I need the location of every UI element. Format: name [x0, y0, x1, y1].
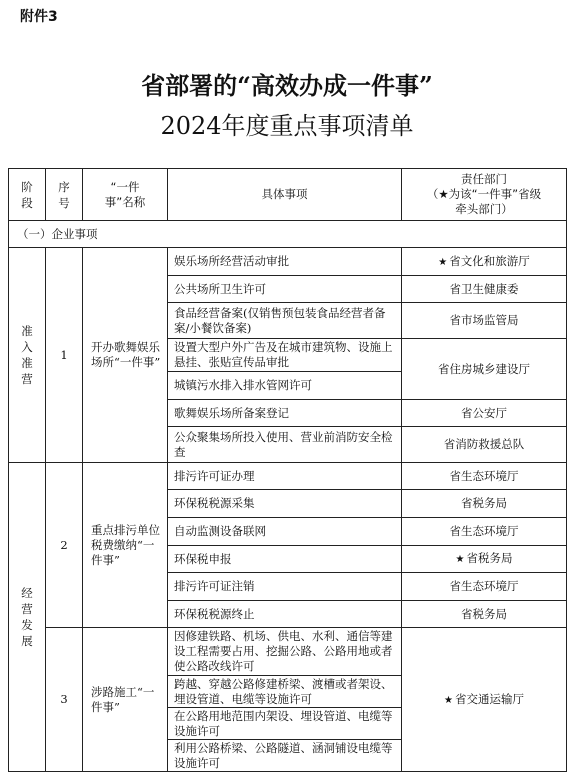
dept-cell: 省卫生健康委: [402, 276, 567, 303]
header-item: 具体事项: [168, 169, 402, 221]
item-cell: 因修建铁路、机场、供电、水利、通信等建设工程需要占用、挖掘公路、公路用地或者使公…: [168, 628, 402, 676]
dept-cell: 省市场监管局: [402, 303, 567, 339]
item-cell: 公众聚集场所投入使用、营业前消防安全检查: [168, 427, 402, 463]
header-stage: 阶段: [9, 169, 46, 221]
section-row: （一）企业事项: [9, 221, 567, 248]
item-cell: 利用公路桥梁、公路隧道、涵洞铺设电缆等设施许可: [168, 740, 402, 772]
item-cell: 自动监测设备联网: [168, 518, 402, 546]
lead-star-icon: ★: [456, 554, 465, 565]
item-cell: 城镇污水排入排水管网许可: [168, 372, 402, 400]
stage-cell: 准入准营: [9, 248, 46, 463]
name-cell: 重点排污单位税费缴纳“一件事”: [83, 463, 168, 628]
number-cell: 3: [46, 628, 83, 772]
item-cell: 环保税税源终止: [168, 601, 402, 628]
document-title-line1: 省部署的“高效办成一件事”: [0, 71, 574, 101]
item-cell: 娱乐场所经营活动审批: [168, 248, 402, 276]
name-cell: 涉路施工“一件事”: [83, 628, 168, 772]
attachment-label: 附件3: [20, 6, 58, 26]
item-cell: 跨越、穿越公路修建桥梁、渡槽或者架设、埋设管道、电缆等设施许可: [168, 676, 402, 708]
dept-cell: ★省税务局: [402, 546, 567, 573]
dept-cell: ★省交通运输厅: [402, 628, 567, 772]
item-cell: 环保税税源采集: [168, 490, 402, 518]
item-cell: 歌舞娱乐场所备案登记: [168, 400, 402, 427]
lead-star-icon: ★: [444, 695, 453, 706]
lead-star-icon: ★: [438, 257, 447, 268]
dept-cell: 省生态环境厅: [402, 518, 567, 546]
key-items-table: 阶段 序号 “一件事”名称 具体事项 责任部门 （★为该“一件事”省级 牵头部门…: [8, 168, 567, 772]
section-label: （一）企业事项: [9, 221, 567, 248]
dept-cell: 省公安厅: [402, 400, 567, 427]
item-cell: 环保税申报: [168, 546, 402, 573]
item-cell: 公共场所卫生许可: [168, 276, 402, 303]
item-cell: 在公路用地范围内架设、埋设管道、电缆等设施许可: [168, 708, 402, 740]
dept-cell: ★省文化和旅游厅: [402, 248, 567, 276]
dept-cell: 省税务局: [402, 601, 567, 628]
header-name: “一件事”名称: [83, 169, 168, 221]
item-cell: 排污许可证办理: [168, 463, 402, 490]
dept-cell: 省住房城乡建设厅: [402, 339, 567, 400]
dept-cell: 省税务局: [402, 490, 567, 518]
table-header-row: 阶段 序号 “一件事”名称 具体事项 责任部门 （★为该“一件事”省级 牵头部门…: [9, 169, 567, 221]
dept-cell: 省消防救援总队: [402, 427, 567, 463]
document-title-line2: 2024年度重点事项清单: [0, 111, 574, 141]
item-cell: 食品经营备案(仅销售预包装食品经营者备案/小餐饮备案): [168, 303, 402, 339]
number-cell: 2: [46, 463, 83, 628]
dept-cell: 省生态环境厅: [402, 463, 567, 490]
number-cell: 1: [46, 248, 83, 463]
name-cell: 开办歌舞娱乐场所“一件事”: [83, 248, 168, 463]
table-row: 3 涉路施工“一件事” 因修建铁路、机场、供电、水利、通信等建设工程需要占用、挖…: [9, 628, 567, 676]
table-row: 准入准营 1 开办歌舞娱乐场所“一件事” 娱乐场所经营活动审批 ★省文化和旅游厅: [9, 248, 567, 276]
dept-cell: 省生态环境厅: [402, 573, 567, 601]
header-dept: 责任部门 （★为该“一件事”省级 牵头部门）: [402, 169, 567, 221]
stage-cell: 经营发展: [9, 463, 46, 772]
table-row: 经营发展 2 重点排污单位税费缴纳“一件事” 排污许可证办理 省生态环境厅: [9, 463, 567, 490]
item-cell: 设置大型户外广告及在城市建筑物、设施上悬挂、张贴宣传品审批: [168, 339, 402, 372]
header-number: 序号: [46, 169, 83, 221]
item-cell: 排污许可证注销: [168, 573, 402, 601]
